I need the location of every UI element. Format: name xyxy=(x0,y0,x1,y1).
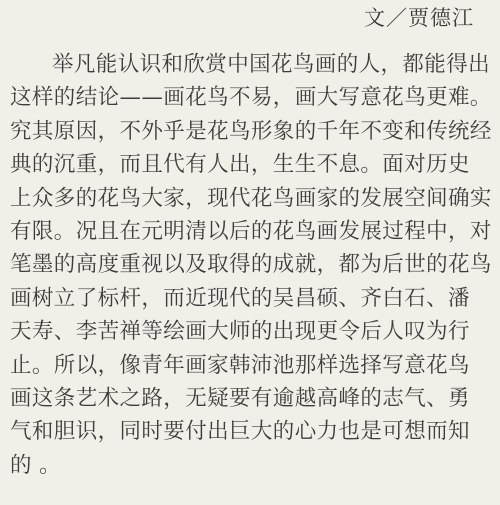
text-line: 笔墨的高度重视以及取得的成就，都为后世的花鸟 xyxy=(10,248,500,281)
text-line: 上众多的花鸟大家，现代花鸟画家的发展空间确实 xyxy=(10,182,500,215)
text-line: 止。所以，像青年画家韩沛池那样选择写意花鸟 xyxy=(10,349,500,382)
author-byline: 文／贾德江 xyxy=(364,4,474,32)
text-line: 究其原因，不外乎是花鸟形象的千年不变和传统经 xyxy=(10,115,500,148)
text-line: 举凡能认识和欣赏中国花鸟画的人，都能得出 xyxy=(10,48,500,81)
text-line: 画这条艺术之路，无疑要有逾越高峰的志气、勇 xyxy=(10,382,500,415)
article-body: 举凡能认识和欣赏中国花鸟画的人，都能得出 这样的结论——画花鸟不易，画大写意花鸟… xyxy=(10,48,500,482)
text-line: 天寿、李苦禅等绘画大师的出现更令后人叹为行 xyxy=(10,315,500,348)
text-line: 的 。 xyxy=(10,449,500,482)
text-line: 这样的结论——画花鸟不易，画大写意花鸟更难。 xyxy=(10,81,500,114)
text-line: 有限。况且在元明清以后的花鸟画发展过程中，对 xyxy=(10,215,500,248)
text-line: 典的沉重，而且代有人出，生生不息。面对历史 xyxy=(10,148,500,181)
text-line: 画树立了标杆，而近现代的吴昌硕、齐白石、潘 xyxy=(10,282,500,315)
text-line: 气和胆识，同时要付出巨大的心力也是可想而知 xyxy=(10,415,500,448)
